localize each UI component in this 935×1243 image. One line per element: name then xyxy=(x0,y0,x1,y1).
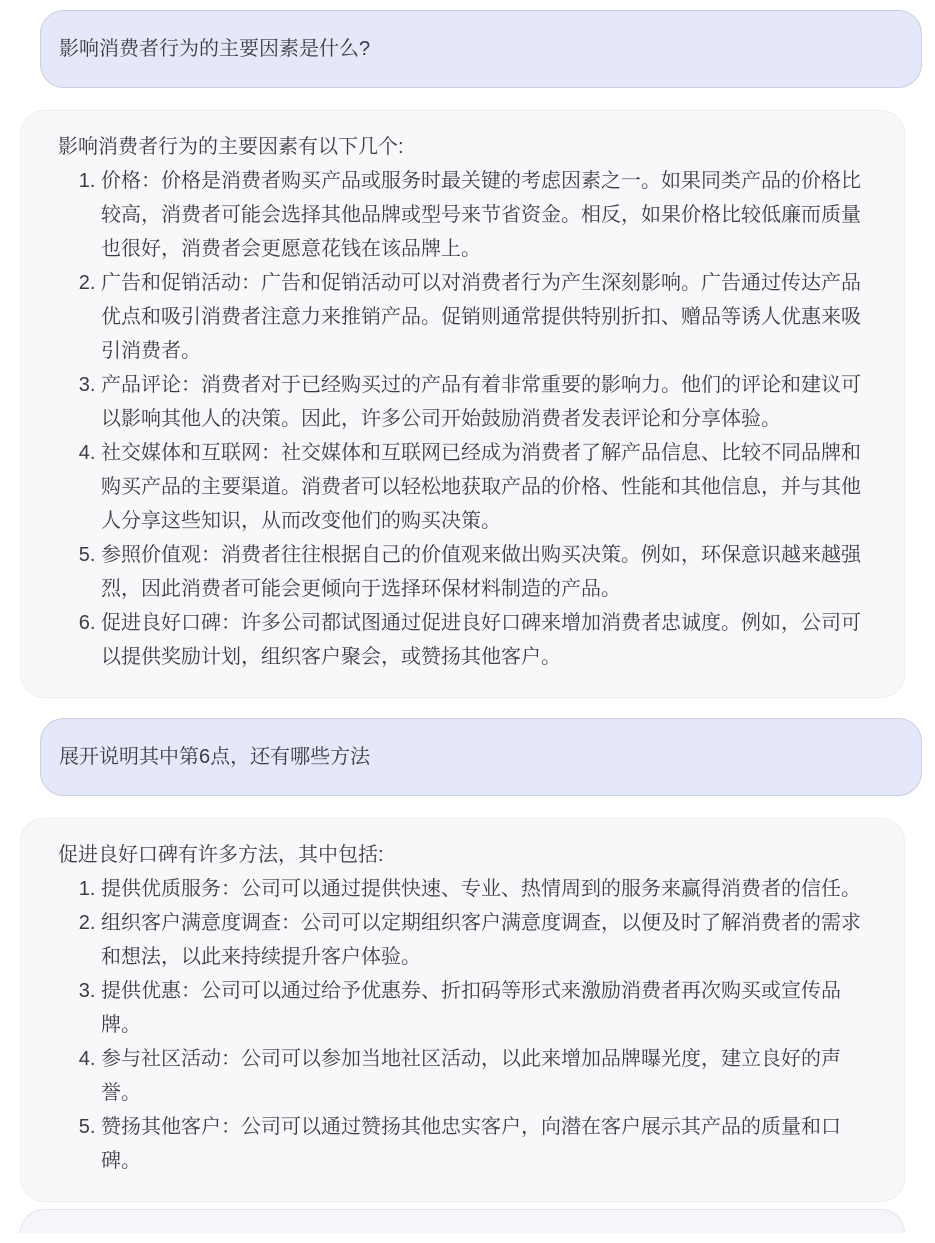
user-message-text: 影响消费者行为的主要因素是什么? xyxy=(59,32,899,66)
list-item: 促进良好口碑：许多公司都试图通过促进良好口碑来增加消费者忠诚度。例如，公司可以提… xyxy=(101,606,876,674)
next-message-bubble-peek xyxy=(20,1209,905,1233)
list-item: 价格：价格是消费者购买产品或服务时最关键的考虑因素之一。如果同类产品的价格比较高… xyxy=(101,164,876,266)
assistant-numbered-list: 价格：价格是消费者购买产品或服务时最关键的考虑因素之一。如果同类产品的价格比较高… xyxy=(58,164,876,674)
list-item: 社交媒体和互联网：社交媒体和互联网已经成为消费者了解产品信息、比较不同品牌和购买… xyxy=(101,436,876,538)
assistant-numbered-list: 提供优质服务：公司可以通过提供快速、专业、热情周到的服务来赢得消费者的信任。 组… xyxy=(58,872,876,1178)
list-item: 广告和促销活动：广告和促销活动可以对消费者行为产生深刻影响。广告通过传达产品优点… xyxy=(101,266,876,368)
list-item: 赞扬其他客户：公司可以通过赞扬其他忠实客户，向潜在客户展示其产品的质量和口碑。 xyxy=(101,1110,876,1178)
user-message-bubble: 影响消费者行为的主要因素是什么? xyxy=(40,10,922,88)
list-item: 参与社区活动：公司可以参加当地社区活动，以此来增加品牌曝光度，建立良好的声誉。 xyxy=(101,1042,876,1110)
list-item: 产品评论：消费者对于已经购买过的产品有着非常重要的影响力。他们的评论和建议可以影… xyxy=(101,368,876,436)
user-message-text: 展开说明其中第6点，还有哪些方法 xyxy=(59,740,899,774)
assistant-intro-text: 促进良好口碑有许多方法，其中包括: xyxy=(58,838,876,872)
list-item: 提供优惠：公司可以通过给予优惠券、折扣码等形式来激励消费者再次购买或宣传品牌。 xyxy=(101,974,876,1042)
list-item: 提供优质服务：公司可以通过提供快速、专业、热情周到的服务来赢得消费者的信任。 xyxy=(101,872,876,906)
assistant-intro-text: 影响消费者行为的主要因素有以下几个: xyxy=(58,130,876,164)
chat-log: 影响消费者行为的主要因素是什么? 影响消费者行为的主要因素有以下几个: 价格：价… xyxy=(0,0,935,1233)
list-item: 参照价值观：消费者往往根据自己的价值观来做出购买决策。例如，环保意识越来越强烈，… xyxy=(101,538,876,606)
assistant-message-bubble: 影响消费者行为的主要因素有以下几个: 价格：价格是消费者购买产品或服务时最关键的… xyxy=(20,110,905,698)
list-item: 组织客户满意度调查：公司可以定期组织客户满意度调查，以便及时了解消费者的需求和想… xyxy=(101,906,876,974)
assistant-message-bubble: 促进良好口碑有许多方法，其中包括: 提供优质服务：公司可以通过提供快速、专业、热… xyxy=(20,818,905,1202)
user-message-bubble: 展开说明其中第6点，还有哪些方法 xyxy=(40,718,922,796)
